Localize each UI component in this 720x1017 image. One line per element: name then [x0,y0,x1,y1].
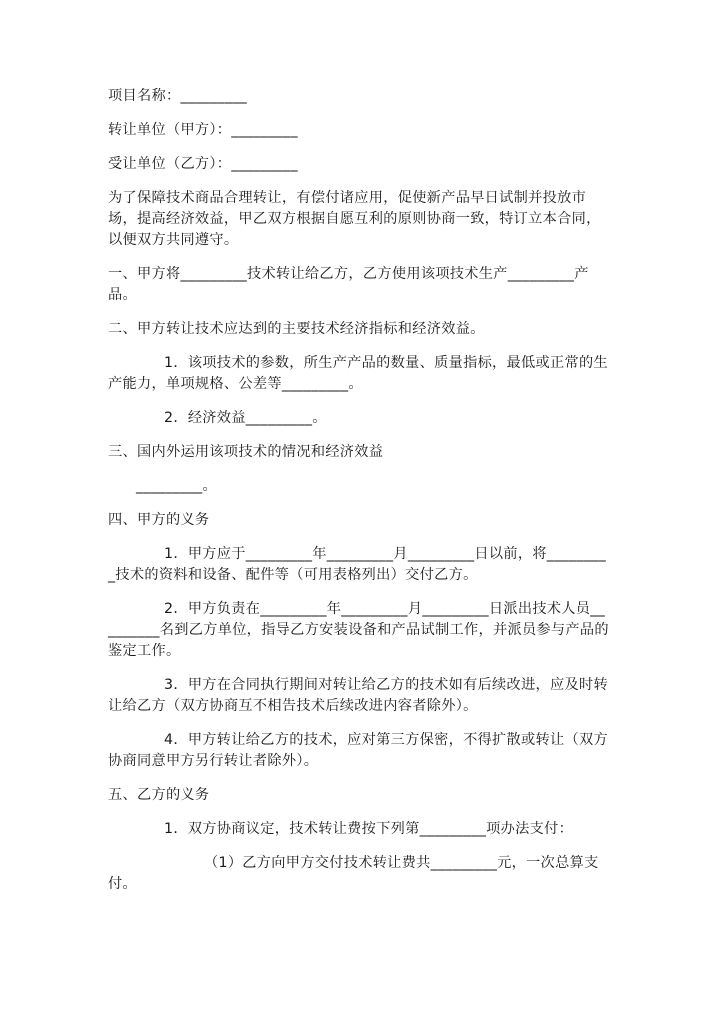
section-4-item-1: 1．甲方应于_________年_________月_________日以前，将… [108,544,612,586]
field-blank: _________ [231,122,298,138]
section-5-heading: 五、乙方的义务 [108,785,612,806]
field-blank: _________ [180,88,247,104]
document-page: 项目名称：_________ 转让单位（甲方）：_________ 受让单位（乙… [108,86,612,908]
section-4-item-4: 4．甲方转让给乙方的技术，应对第三方保密，不得扩散或转让（双方协商同意甲方另行转… [108,730,612,772]
section-5-item-1: 1．双方协商议定，技术转让费按下列第_________项办法支付： [108,819,612,840]
section-3-item-1: _________。 [108,476,612,497]
field-label: 转让单位（甲方）： [108,122,231,138]
section-1-heading: 一、甲方将_________技术转让给乙方，乙方使用该项技术生产________… [108,264,612,306]
field-transferee: 受让单位（乙方）：_________ [108,154,612,175]
field-label: 受让单位（乙方）： [108,156,231,172]
preamble-paragraph: 为了保障技术商品合理转让，有偿付诸应用，促使新产品早日试制并投放市场，提高经济效… [108,188,612,251]
section-4-item-3: 3．甲方在合同执行期间对转让给乙方的技术如有后续改进，应及时转让给乙方（双方协商… [108,675,612,717]
section-2-item-2: 2．经济效益_________。 [108,408,612,429]
section-3-heading: 三、国内外运用该项技术的情况和经济效益 [108,442,612,463]
section-2-item-1: 1．该项技术的参数，所生产产品的数量、质量指标，最低或正常的生产能力，单项规格、… [108,353,612,395]
field-blank: _________ [231,156,298,172]
field-project-name: 项目名称：_________ [108,86,612,107]
section-4-item-2: 2．甲方负责在_________年_________月_________日派出技… [108,599,612,662]
section-5-subitem-1: （1）乙方向甲方交付技术转让费共_________元，一次总算支付。 [108,853,612,895]
field-transferor: 转让单位（甲方）：_________ [108,120,612,141]
section-2-heading: 二、甲方转让技术应达到的主要技术经济指标和经济效益。 [108,319,612,340]
section-4-heading: 四、甲方的义务 [108,510,612,531]
field-label: 项目名称： [108,88,180,104]
